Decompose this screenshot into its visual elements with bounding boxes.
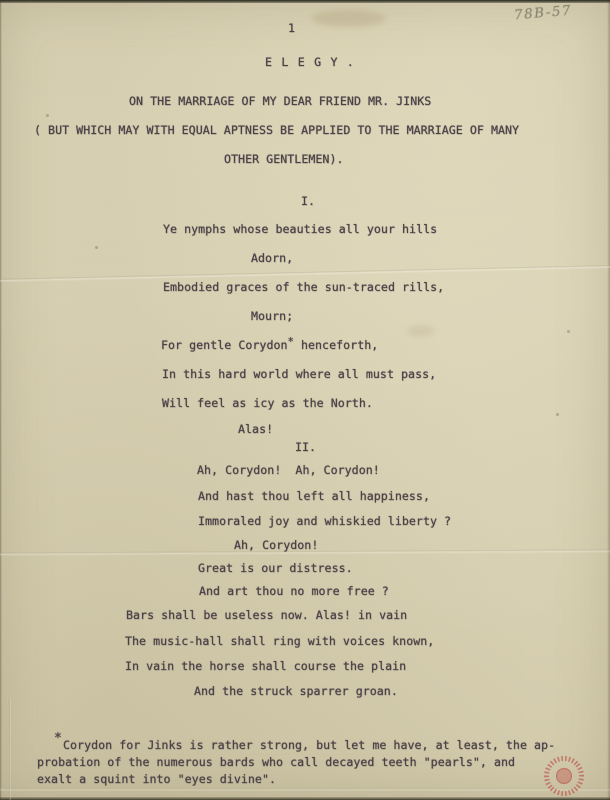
poem-line: Great is our distress. xyxy=(198,561,353,575)
dedication-line: ( BUT WHICH MAY WITH EQUAL APTNESS BE AP… xyxy=(34,123,519,137)
poem-line: Alas! xyxy=(238,422,273,436)
poem-line: And hast thou left all happiness, xyxy=(198,489,430,503)
footnote-line: probation of the numerous bards who call… xyxy=(37,755,515,769)
dedication-line: OTHER GENTLEMEN). xyxy=(224,152,344,166)
poem-line: Will feel as icy as the North. xyxy=(162,396,373,410)
poem-line: In vain the horse shall course the plain xyxy=(125,659,406,673)
library-stamp-icon xyxy=(532,744,596,800)
paper-fold-crease xyxy=(0,788,610,790)
stanza-heading: II. xyxy=(295,440,316,454)
scan-edge-left xyxy=(0,0,2,800)
paper-smudge xyxy=(312,10,386,27)
paper-speck xyxy=(46,114,49,117)
poem-line: The music-hall shall ring with voices kn… xyxy=(125,634,434,648)
page-number: 1 xyxy=(288,21,295,35)
paper-speck xyxy=(567,330,570,333)
poem-title: E L E G Y . xyxy=(265,55,355,69)
poem-line: And the struck sparrer groan. xyxy=(194,684,398,698)
stanza-heading: I. xyxy=(301,194,315,208)
scan-edge-top xyxy=(0,0,610,3)
paper-fold-crease xyxy=(9,698,11,800)
poem-line: In this hard world where all must pass, xyxy=(162,367,436,381)
poem-line: Ye nymphs whose beauties all your hills xyxy=(163,222,437,236)
poem-line-text: henceforth, xyxy=(294,338,378,352)
dedication-line: ON THE MARRIAGE OF MY DEAR FRIEND MR. JI… xyxy=(129,94,431,108)
footnote-line: Corydon for Jinks is rather strong, but … xyxy=(63,738,555,752)
paper-smudge xyxy=(408,326,434,336)
paper-fold-crease xyxy=(0,265,610,281)
poem-line: Embodied graces of the sun-traced rills, xyxy=(163,280,444,294)
paper-speck xyxy=(556,413,559,416)
poem-line: Immoraled joy and whiskied liberty ? xyxy=(198,514,451,528)
poem-line: And art thou no more free ? xyxy=(199,584,389,598)
poem-line-text: For gentle Corydon xyxy=(161,338,288,352)
poem-line: Bars shall be useless now. Alas! in vain xyxy=(126,608,407,622)
handwritten-archive-mark: 78B-57 xyxy=(513,2,572,23)
footnote-asterisk: * xyxy=(54,732,62,746)
paper-speck xyxy=(95,246,98,249)
footnote-reference-asterisk: * xyxy=(288,336,294,348)
poem-line: Ah, Corydon! Ah, Corydon! xyxy=(197,463,380,477)
poem-line: Mourn; xyxy=(251,309,293,323)
scanned-typescript-page: 78B-57 1 E L E G Y . ON THE MARRIAGE OF … xyxy=(0,0,610,800)
poem-line: Adorn, xyxy=(251,251,293,265)
poem-line: Ah, Corydon! xyxy=(234,538,318,552)
footnote-line: exalt a squint into "eyes divine". xyxy=(37,772,276,786)
poem-line: For gentle Corydon* henceforth, xyxy=(161,338,378,353)
